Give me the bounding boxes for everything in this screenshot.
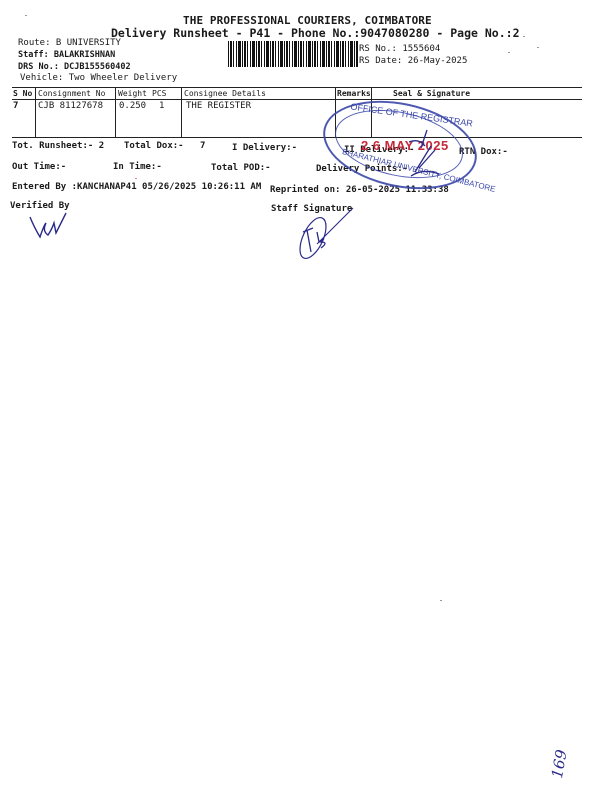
verified-by-label: Verified By <box>10 201 70 211</box>
receiver-signature <box>405 128 445 178</box>
col-divider <box>35 87 36 137</box>
header-pcs: PCS <box>152 89 166 98</box>
table-header-border <box>12 99 582 100</box>
row-sno: 7 <box>13 101 18 111</box>
scan-speck <box>440 600 442 601</box>
out-time: Out Time:- <box>12 162 66 172</box>
scan-speck <box>523 36 525 37</box>
row-weight: 0.250 <box>119 101 146 111</box>
table-bottom-border <box>12 137 582 138</box>
total-dox-value: 7 <box>200 141 205 151</box>
handwritten-page-mark: 169 <box>548 748 571 779</box>
staff-signature <box>293 206 355 262</box>
total-dox-label: Total Dox:- <box>124 141 184 151</box>
row-consignee: THE REGISTER <box>186 101 251 111</box>
row-consignment-no: CJB 81127678 <box>38 101 103 111</box>
in-time: In Time:- <box>113 162 162 172</box>
header-sno: S No <box>13 89 32 98</box>
header-weight: Weight <box>118 89 147 98</box>
vehicle-label: Vehicle: Two Wheeler Delivery <box>20 73 177 83</box>
scan-speck <box>25 15 27 16</box>
scan-speck <box>508 52 510 53</box>
header-remarks: Remarks <box>337 89 371 98</box>
header-consignment-no: Consignment No <box>38 89 105 98</box>
scan-speck <box>537 47 539 48</box>
route-label: Route: B UNIVERSITY <box>18 38 121 48</box>
entered-by: Entered By :KANCHANAP41 05/26/2025 10:26… <box>12 182 261 192</box>
header-consignee-details: Consignee Details <box>184 89 266 98</box>
barcode <box>228 41 358 67</box>
table-top-border <box>12 87 582 88</box>
rs-number: RS No.: 1555604 <box>359 44 440 54</box>
first-delivery: I Delivery:- <box>232 143 297 153</box>
runsheet-title: Delivery Runsheet - P41 - Phone No.:9047… <box>111 26 520 40</box>
total-runsheet: Tot. Runsheet:- 2 <box>12 141 104 151</box>
total-pod: Total POD:- <box>211 163 271 173</box>
col-divider <box>115 87 116 137</box>
verified-signature <box>28 211 68 243</box>
staff-label: Staff: BALAKRISHNAN <box>18 50 115 60</box>
scan-speck <box>135 178 137 179</box>
rs-date: RS Date: 26-May-2025 <box>359 56 467 66</box>
row-pcs: 1 <box>159 101 164 111</box>
drs-number: DRS No.: DCJB155560402 <box>18 62 131 72</box>
col-divider <box>181 87 182 137</box>
header-seal-signature: Seal & Signature <box>393 89 470 98</box>
